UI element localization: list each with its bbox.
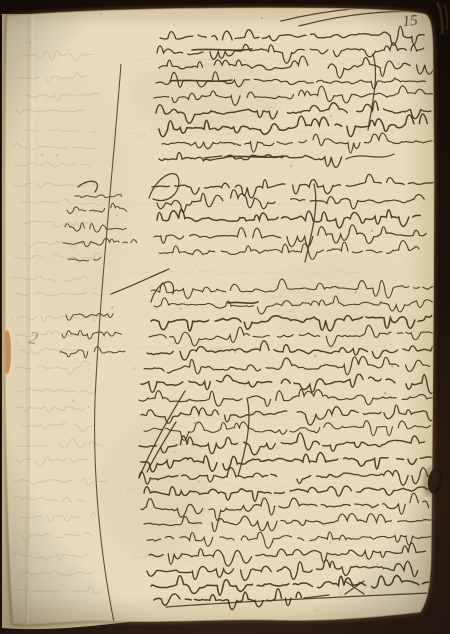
vignette [0, 0, 450, 634]
manuscript-canvas: 15 2 [0, 0, 450, 634]
manuscript-photo: 15 2 [0, 0, 450, 634]
